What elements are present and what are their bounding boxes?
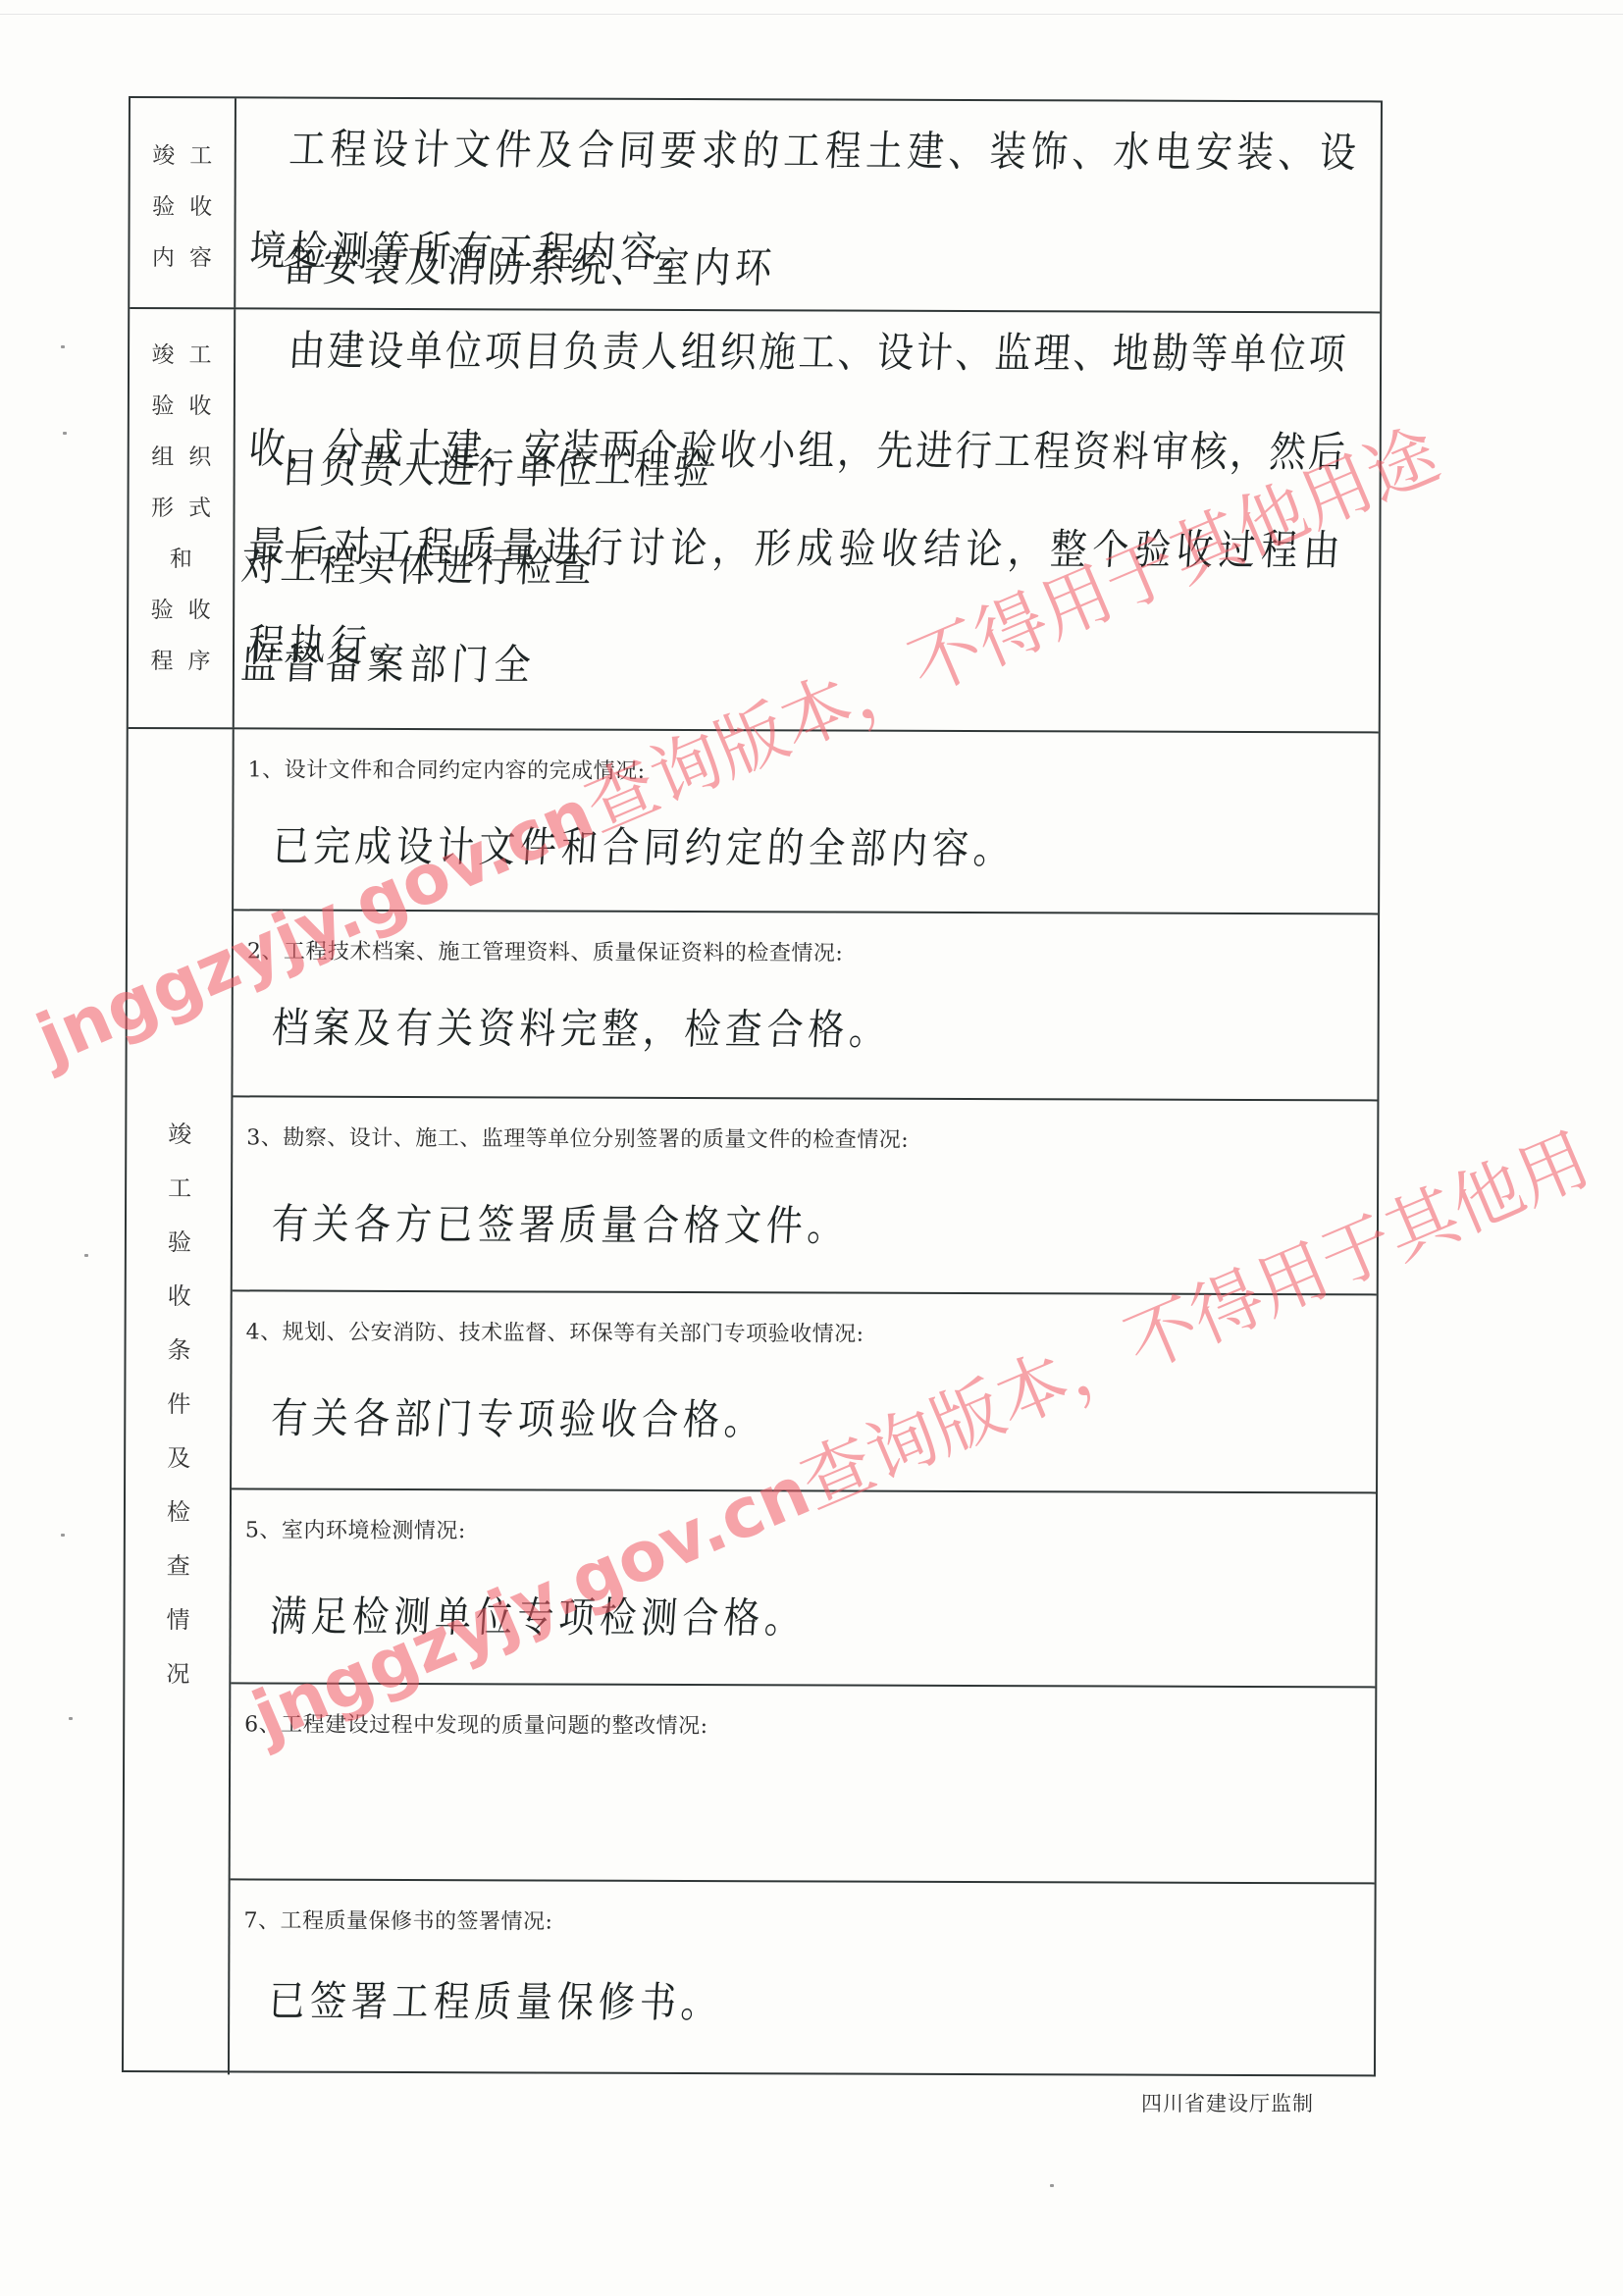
handwritten-line: 程执行。 [244, 587, 1372, 704]
section-content: 由建设单位项目负责人组织施工、设计、监理、地勘等单位项目负责人进行单位工程验 收… [235, 309, 1380, 731]
inspection-item: 4、规划、公安消防、技术监督、环保等有关部门专项验收情况: 有关各部门专项验收合… [232, 1291, 1377, 1493]
label-char: 织 [188, 439, 212, 471]
item-title: 3、勘察、设计、施工、监理等单位分别签署的质量文件的检查情况: [246, 1121, 909, 1153]
section-label: 竣工 验收 内容 [130, 98, 236, 307]
label-char: 验 [150, 592, 174, 624]
label-char: 竣 [151, 337, 175, 369]
label-char: 竣 [168, 1115, 191, 1149]
label-char: 形 [150, 490, 174, 522]
item-title: 5、室内环境检测情况: [245, 1513, 466, 1544]
section-acceptance-content: 竣工 验收 内容 工程设计文件及合同要求的工程土建、装饰、水电安装、设备安装及消… [130, 98, 1381, 313]
label-char: 组 [151, 439, 175, 471]
item-title: 2、工程技术档案、施工管理资料、质量保证资料的检查情况: [247, 934, 844, 966]
scan-speck [84, 1254, 88, 1257]
label-char: 工 [168, 1169, 191, 1203]
label-char: 程 [150, 643, 174, 675]
item-answer: 满足检测单位专项检测合格。 [269, 1582, 809, 1644]
label-char: 验 [151, 388, 175, 420]
item-answer: 有关各方已签署质量合格文件。 [270, 1189, 851, 1252]
section-content: 工程设计文件及合同要求的工程土建、装饰、水电安装、设备安装及消防系统、室内环 境… [236, 98, 1381, 311]
section-organization-procedure: 竣工 验收 组织 形式 和 验收 程序 由建设单位项目负责人组织施工、设计、监理… [129, 309, 1380, 733]
scan-speck [63, 432, 67, 435]
label-char: 验 [152, 188, 176, 221]
label-char: 及 [167, 1438, 190, 1473]
item-answer: 有关各部门专项验收合格。 [269, 1383, 767, 1446]
inspection-item: 7、工程质量保修书的签署情况: 已签署工程质量保修书。 [230, 1880, 1375, 2078]
label-char: 工 [188, 337, 212, 369]
inspection-item: 5、室内环境检测情况: 满足检测单位专项检测合格。 [231, 1489, 1376, 1688]
scan-speck [1050, 2184, 1054, 2187]
label-char: 内 [151, 239, 175, 272]
inspection-item: 1、设计文件和合同约定内容的完成情况: 已完成设计文件和合同约定的全部内容。 [234, 729, 1379, 914]
item-title: 7、工程质量保修书的签署情况: [243, 1904, 552, 1935]
label-char: 检 [167, 1492, 190, 1527]
label-char: 序 [187, 643, 211, 675]
page-top-rule [0, 14, 1623, 15]
label-char: 式 [187, 490, 211, 522]
section-conditions-inspection: 竣 工 验 收 条 件 及 检 查 情 况 1、设计文件和合同约定内容的完成情况… [124, 729, 1379, 2078]
item-title: 4、规划、公安消防、技术监督、环保等有关部门专项验收情况: [246, 1315, 864, 1347]
label-char: 件 [167, 1384, 190, 1419]
scan-speck [61, 1534, 65, 1537]
section-label: 竣 工 验 收 条 件 及 检 查 情 况 [124, 729, 235, 2074]
label-char: 容 [188, 239, 212, 272]
label-char: 条 [167, 1331, 190, 1365]
label-char: 况 [166, 1654, 189, 1689]
label-char: 收 [187, 592, 211, 624]
scan-speck [61, 345, 65, 348]
item-answer: 档案及有关资料完整，检查合格。 [271, 993, 893, 1056]
completion-acceptance-form-table: 竣工 验收 内容 工程设计文件及合同要求的工程土建、装饰、水电安装、设备安装及消… [122, 96, 1383, 2076]
item-answer: 已签署工程质量保修书。 [267, 1966, 724, 2029]
section-content: 1、设计文件和合同约定内容的完成情况: 已完成设计文件和合同约定的全部内容。 2… [230, 729, 1379, 2078]
label-char: 收 [189, 188, 213, 221]
inspection-item: 6、工程建设过程中发现的质量问题的整改情况: [231, 1684, 1376, 1884]
label-char: 情 [167, 1600, 190, 1635]
label-char: 验 [168, 1223, 191, 1257]
label-char: 查 [167, 1546, 190, 1581]
scan-speck [69, 1717, 73, 1720]
label-char: 收 [168, 1277, 191, 1311]
inspection-item: 2、工程技术档案、施工管理资料、质量保证资料的检查情况: 档案及有关资料完整，检… [233, 911, 1378, 1101]
inspection-item: 3、勘察、设计、施工、监理等单位分别签署的质量文件的检查情况: 有关各方已签署质… [233, 1097, 1378, 1295]
item-answer: 已完成设计文件和合同约定的全部内容。 [271, 811, 1017, 875]
issuer-footer: 四川省建设厅监制 [1141, 2088, 1314, 2117]
label-char: 工 [189, 137, 213, 170]
label-char: 和 [169, 541, 192, 573]
label-char: 收 [188, 388, 212, 420]
item-title: 6、工程建设过程中发现的质量问题的整改情况: [244, 1707, 708, 1740]
section-label: 竣工 验收 组织 形式 和 验收 程序 [129, 309, 236, 727]
item-title: 1、设计文件和合同约定内容的完成情况: [248, 753, 646, 784]
label-char: 竣 [152, 137, 176, 170]
